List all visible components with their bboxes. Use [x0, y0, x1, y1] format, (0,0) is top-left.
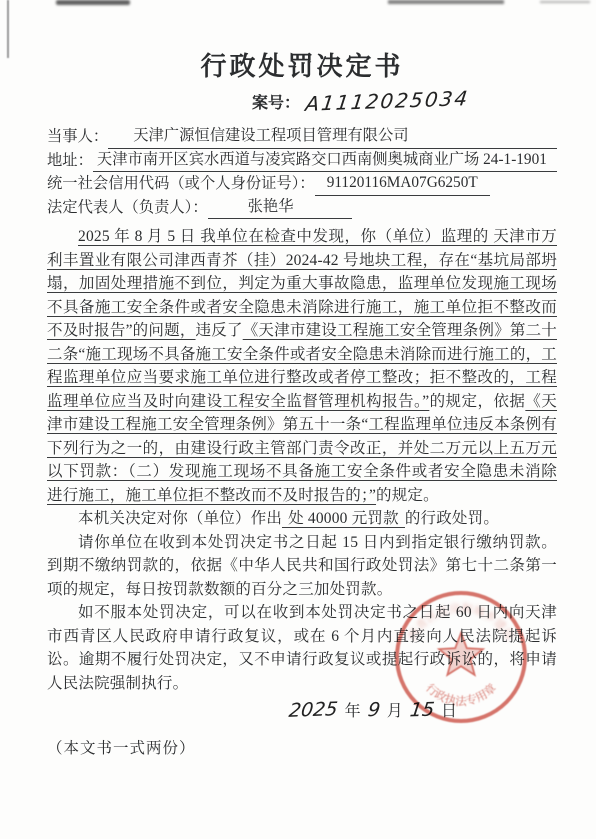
document-body: 2025 年 8 月 5 日 我单位在检查中发现，你（单位）监理的 天津市万利丰… — [47, 225, 557, 695]
scan-artifact — [540, 1, 590, 3]
document-title: 行政处罚决定书 — [47, 50, 557, 84]
findings-connector-3: 的规定。 — [376, 487, 439, 504]
case-number-handwritten: A1112025034 — [304, 85, 471, 117]
party-info-fields: 当事人： 天津广源恒信建设工程项目管理有限公司 地址： 天津市南开区宾水西道与凌… — [47, 125, 557, 219]
date-day-handwritten: 15 — [408, 697, 436, 725]
copies-note: （本文书一式两份） — [47, 737, 557, 760]
findings-connector-2: 的规定，依据 — [429, 393, 525, 410]
findings-connector-1: 违反了 — [196, 322, 243, 339]
field-credit-code-label: 统一社会信用代码（或个人身份证号）： — [47, 173, 315, 196]
scan-artifact — [388, 0, 504, 4]
field-party-value: 天津广源恒信建设工程项目管理有限公司 — [108, 125, 557, 149]
case-number-line: 案号：A1112025034 — [47, 88, 557, 117]
date-day-label: 日 — [441, 703, 457, 720]
date-year-handwritten: 2025 — [288, 696, 340, 725]
document-page: 行政处罚决定书 案号：A1112025034 当事人： 天津广源恒信建设工程项目… — [0, 0, 596, 839]
penalty-prefix: 本机关决定对你（单位）作出 — [78, 510, 282, 527]
field-legal-representative: 法定代表人（负责人）： 张艳华 — [47, 196, 557, 220]
field-address-label: 地址： — [47, 150, 93, 173]
field-address: 地址： 天津市南开区宾水西道与凌宾路交口西南侧奥城商业广场 24-1-1901 — [47, 149, 557, 173]
paragraph-appeal-rights: 如不服本处罚决定，可以在收到本处罚决定书之日起 60 日内向天津市西青区人民政府… — [47, 601, 557, 695]
penalty-amount: 处 40000 元罚款 — [282, 510, 405, 528]
date-month-handwritten: 9 — [366, 697, 381, 724]
field-party-label: 当事人： — [47, 126, 108, 149]
field-address-value: 天津市南开区宾水西道与凌宾路交口西南侧奥城商业广场 24-1-1901 — [93, 149, 557, 173]
decision-date-line: 2025 年 9 月 15 日 — [47, 697, 557, 725]
date-year-label: 年 — [345, 703, 361, 720]
field-credit-code-value: 91120116MA07G6250T — [315, 172, 490, 196]
field-legal-representative-value: 张艳华 — [208, 196, 352, 220]
case-number-label: 案号： — [252, 95, 300, 112]
paragraph-penalty-decision: 本机关决定对你（单位）作出处 40000 元罚款的行政处罚。 — [47, 507, 557, 531]
scan-artifact — [56, 0, 130, 5]
field-credit-code: 统一社会信用代码（或个人身份证号）： 91120116MA07G6250T — [47, 172, 557, 196]
field-party: 当事人： 天津广源恒信建设工程项目管理有限公司 — [47, 125, 557, 149]
date-month-label: 月 — [387, 703, 403, 720]
field-legal-representative-label: 法定代表人（负责人）： — [47, 197, 208, 220]
paragraph-findings: 2025 年 8 月 5 日 我单位在检查中发现，你（单位）监理的 天津市万利丰… — [47, 225, 557, 507]
penalty-suffix: 的行政处罚。 — [405, 510, 499, 527]
paragraph-payment-instructions: 请你单位在收到本处罚决定书之日起 15 日内到指定银行缴纳罚款。到期不缴纳罚款的… — [47, 531, 557, 602]
